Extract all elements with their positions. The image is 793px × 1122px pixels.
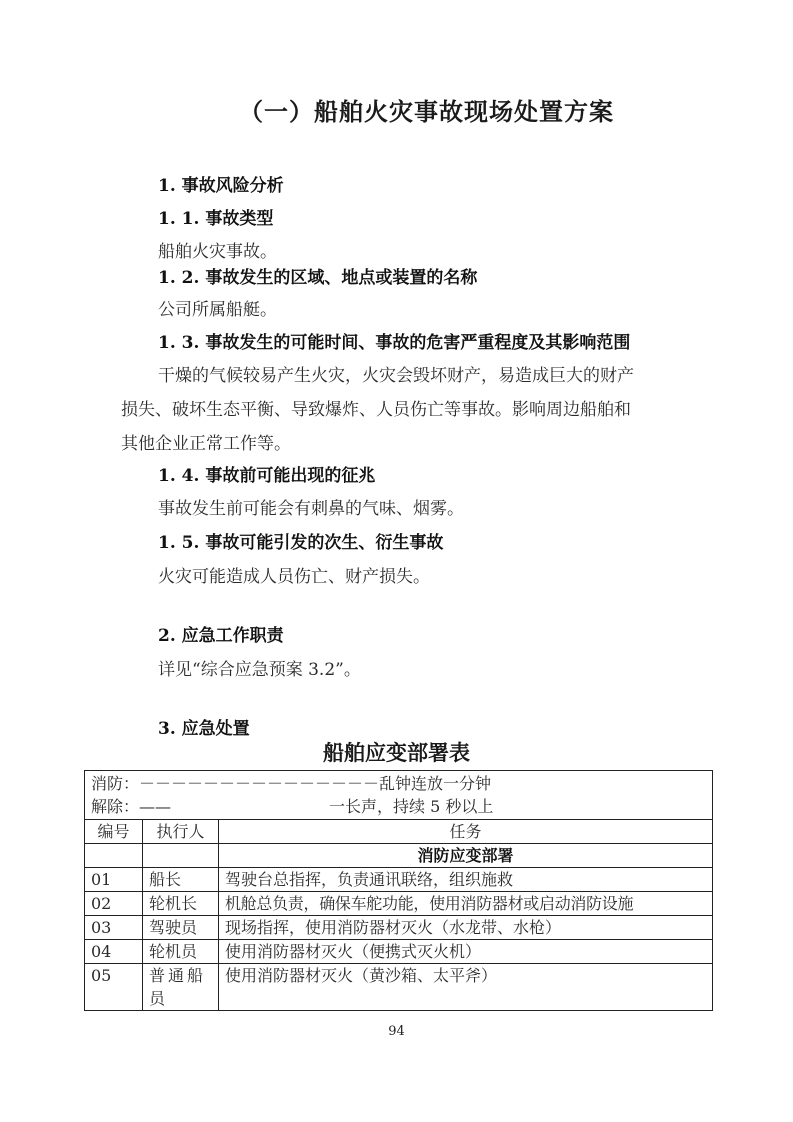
section-1-3-heading: 1. 3. 事故发生的可能时间、事故的危害严重程度及其影响范围 <box>158 328 630 353</box>
row-number: 01 <box>85 868 143 892</box>
row-role: 轮机员 <box>143 940 219 964</box>
section-1-1-body: 船舶火灾事故。 <box>158 237 277 262</box>
row-number: 04 <box>85 940 143 964</box>
section-1-5-body: 火灾可能造成人员伤亡、财产损失。 <box>158 562 430 587</box>
section-2-heading: 2. 应急工作职责 <box>158 621 284 646</box>
section-1-3-body-line: 干燥的气候较易产生火灾，火灾会毁坏财产，易造成巨大的财产 <box>158 361 634 386</box>
section-1-1-heading: 1. 1. 事故类型 <box>158 204 273 229</box>
page-number: 94 <box>0 1024 793 1039</box>
row-number: 05 <box>85 964 143 1011</box>
section-2-body: 详见“综合应急预案 3.2”。 <box>158 655 361 680</box>
row-task: 机舱总负责，确保车舵功能，使用消防器材或启动消防设施 <box>219 892 713 916</box>
section-3-heading: 3. 应急处置 <box>158 714 250 739</box>
section-1-5-heading: 1. 5. 事故可能引发的次生、衍生事故 <box>158 528 443 553</box>
row-task: 使用消防器材灭火（黄沙箱、太平斧） <box>219 964 713 1011</box>
table-row: 01 船长 驾驶台总指挥，负责通讯联络，组织施救 <box>85 868 713 892</box>
fire-muster-label: 消防应变部署 <box>219 844 713 868</box>
alarm-clear-label: 解除：—— <box>91 797 171 816</box>
table-row: 03 驾驶员 现场指挥，使用消防器材灭火（水龙带、水枪） <box>85 916 713 940</box>
section-1-4-heading: 1. 4. 事故前可能出现的征兆 <box>158 461 375 486</box>
row-role: 船长 <box>143 868 219 892</box>
section-label-row: 消防应变部署 <box>85 844 713 868</box>
table-title: 船舶应变部署表 <box>0 737 793 767</box>
row-number: 03 <box>85 916 143 940</box>
row-task: 驾驶台总指挥，负责通讯联络，组织施救 <box>219 868 713 892</box>
table-row: 02 轮机长 机舱总负责，确保车舵功能，使用消防器材或启动消防设施 <box>85 892 713 916</box>
table-row: 04 轮机员 使用消防器材灭火（便携式灭火机） <box>85 940 713 964</box>
table-row: 05 普通船员 使用消防器材灭火（黄沙箱、太平斧） <box>85 964 713 1011</box>
alarm-clear-signal: 一长声，持续 5 秒以上 <box>329 795 493 818</box>
row-role: 普通船员 <box>143 964 219 1011</box>
section-1-4-body: 事故发生前可能会有刺鼻的气味、烟雾。 <box>158 494 464 519</box>
row-role: 轮机长 <box>143 892 219 916</box>
header-number: 编号 <box>85 820 143 844</box>
section-1-2-body: 公司所属船艇。 <box>158 295 277 320</box>
section-1-3-body-line: 其他企业正常工作等。 <box>121 429 291 454</box>
muster-table: 消防：－－－－－－－－－－－－－－－乱钟连放一分钟 解除：—— 一长声，持续 5… <box>84 770 713 1011</box>
row-task: 使用消防器材灭火（便携式灭火机） <box>219 940 713 964</box>
alarm-clear: 解除：—— 一长声，持续 5 秒以上 <box>91 795 706 818</box>
row-number: 02 <box>85 892 143 916</box>
table-header-row: 编号 执行人 任务 <box>85 820 713 844</box>
header-task: 任务 <box>219 820 713 844</box>
alarm-fire-signal: 消防：－－－－－－－－－－－－－－－乱钟连放一分钟 <box>91 772 706 795</box>
row-task: 现场指挥，使用消防器材灭火（水龙带、水枪） <box>219 916 713 940</box>
header-executor: 执行人 <box>143 820 219 844</box>
section-1-3-body-line: 损失、破坏生态平衡、导致爆炸、人员伤亡等事故。影响周边船舶和 <box>121 395 631 420</box>
section-1-2-heading: 1. 2. 事故发生的区域、地点或装置的名称 <box>158 263 477 288</box>
row-role: 驾驶员 <box>143 916 219 940</box>
alarm-row: 消防：－－－－－－－－－－－－－－－乱钟连放一分钟 解除：—— 一长声，持续 5… <box>85 771 713 820</box>
document-title: （一）船舶火灾事故现场处置方案 <box>0 92 793 127</box>
section-1-heading: 1. 事故风险分析 <box>158 171 284 196</box>
